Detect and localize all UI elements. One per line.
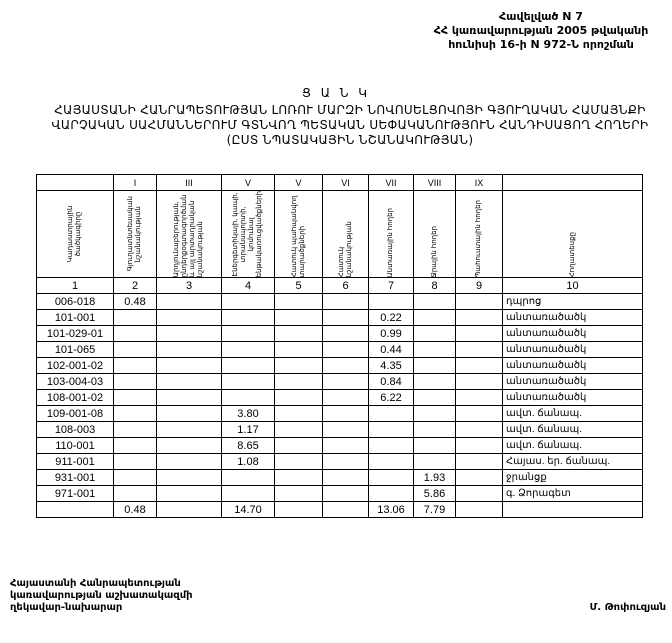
column-number: 7 xyxy=(369,278,414,294)
column-header: Հատուկ նշանակության xyxy=(323,191,369,278)
table-cell: ավտ. ճանապ. xyxy=(503,422,643,438)
table-cell xyxy=(157,310,222,326)
table-row: 102-001-024.35անտառածածկ xyxy=(37,358,643,374)
table-cell xyxy=(157,374,222,390)
table-cell xyxy=(369,438,414,454)
table-cell xyxy=(456,390,503,406)
column-header-label: Հատուկ պահպանվող տարածքների xyxy=(291,191,307,277)
column-number: 3 xyxy=(157,278,222,294)
column-header: Ջրային հողեր xyxy=(414,191,456,278)
total-cell: 13.06 xyxy=(369,502,414,518)
table-row: 103-004-030.84անտառածածկ xyxy=(37,374,643,390)
table-cell xyxy=(414,422,456,438)
column-header-label: Պահուստային հողեր xyxy=(475,200,483,277)
table-cell: 109-001-08 xyxy=(37,406,114,422)
table-cell xyxy=(456,422,503,438)
table-cell xyxy=(157,454,222,470)
land-register-table: IIIIVVVIVIIVIIIIXԿադաստրային ծածկագիրըԳյ… xyxy=(36,174,643,518)
table-cell xyxy=(275,310,323,326)
total-cell xyxy=(323,502,369,518)
table-cell: 108-001-02 xyxy=(37,390,114,406)
column-number: 1 xyxy=(37,278,114,294)
table-cell xyxy=(222,358,275,374)
table-cell xyxy=(114,470,157,486)
roman-cell xyxy=(503,175,643,191)
table-cell: 101-001 xyxy=(37,310,114,326)
table-cell: 1.93 xyxy=(414,470,456,486)
roman-cell: V xyxy=(275,175,323,191)
column-header: Էներգետիկայի, կապի, տրանսպորտի, կոմունալ… xyxy=(222,191,275,278)
table-cell: ավտ. ճանապ. xyxy=(503,406,643,422)
table-cell: 108-003 xyxy=(37,422,114,438)
column-header-label: Արդյունաբերության, ընդերքօգտագործման և ա… xyxy=(173,191,205,277)
table-cell xyxy=(275,342,323,358)
table-cell: 102-001-02 xyxy=(37,358,114,374)
table-cell xyxy=(222,486,275,502)
table-cell: Հայաս. եր. ճանապ. xyxy=(503,454,643,470)
table-cell: 6.22 xyxy=(369,390,414,406)
table-cell: անտառածածկ xyxy=(503,310,643,326)
table-cell xyxy=(414,342,456,358)
table-cell xyxy=(157,470,222,486)
annex-decree-date: հունիսի 16-ի N 972-Ն որոշման xyxy=(410,38,672,52)
column-header-label: Հատուկ նշանակության xyxy=(338,191,354,277)
column-number: 6 xyxy=(323,278,369,294)
column-header-row: Կադաստրային ծածկագիրըԳյուղատնտեսական նշա… xyxy=(37,191,643,278)
total-cell: 7.79 xyxy=(414,502,456,518)
roman-cell: VIII xyxy=(414,175,456,191)
table-cell: անտառածածկ xyxy=(503,374,643,390)
table-cell xyxy=(456,294,503,310)
column-number: 10 xyxy=(503,278,643,294)
table-cell: 101-065 xyxy=(37,342,114,358)
roman-cell: I xyxy=(114,175,157,191)
table-cell xyxy=(114,374,157,390)
table-cell xyxy=(456,406,503,422)
table-cell: 0.22 xyxy=(369,310,414,326)
table-cell xyxy=(369,294,414,310)
table-row: 110-0018.65ավտ. ճանապ. xyxy=(37,438,643,454)
table-cell xyxy=(414,374,456,390)
table-cell xyxy=(369,454,414,470)
roman-cell xyxy=(37,175,114,191)
table-cell xyxy=(323,454,369,470)
column-header-label: Գյուղատնտեսական նշանակության xyxy=(127,191,143,277)
table-cell xyxy=(456,438,503,454)
table-cell xyxy=(456,358,503,374)
table-cell xyxy=(222,470,275,486)
table-cell: 911-001 xyxy=(37,454,114,470)
table-cell xyxy=(323,326,369,342)
title-line-1: ՀԱՅԱՍՏԱՆԻ ՀԱՆՐԱՊԵՏՈՒԹՅԱՆ ԼՈՌՈՒ ՄԱՐԶԻ ՆՈՎ… xyxy=(50,103,650,118)
table-cell xyxy=(275,326,323,342)
table-cell xyxy=(323,390,369,406)
annex-number: Հավելված N 7 xyxy=(410,10,672,24)
table-cell xyxy=(157,406,222,422)
table-cell: 4.35 xyxy=(369,358,414,374)
signatory-title-line-3: ղեկավար-նախարար xyxy=(10,602,193,614)
annex-reference: Հավելված N 7 ՀՀ կառավարության 2005 թվակա… xyxy=(410,10,672,52)
table-cell xyxy=(114,406,157,422)
total-cell: 0.48 xyxy=(114,502,157,518)
annex-decree-line: ՀՀ կառավարության 2005 թվականի xyxy=(410,24,672,38)
column-header-label: Անտառային հողեր xyxy=(387,208,395,278)
title-line-2: ՎԱՐՉԱԿԱՆ ՍԱՀՄԱՆՆԵՐՈՒՄ ԳՏՆՎՈՂ ՊԵՏԱԿԱՆ ՍԵՓ… xyxy=(50,118,650,133)
roman-numeral-row: IIIIVVVIVIIVIIIIX xyxy=(37,175,643,191)
table-cell: 110-001 xyxy=(37,438,114,454)
table-row: 101-0010.22անտառածածկ xyxy=(37,310,643,326)
table-cell xyxy=(414,390,456,406)
column-number: 2 xyxy=(114,278,157,294)
table-cell xyxy=(275,438,323,454)
table-cell xyxy=(157,294,222,310)
total-cell xyxy=(503,502,643,518)
table-cell xyxy=(414,326,456,342)
table-cell xyxy=(275,454,323,470)
table-cell xyxy=(323,310,369,326)
table-cell xyxy=(114,454,157,470)
roman-cell: V xyxy=(222,175,275,191)
total-cell xyxy=(275,502,323,518)
table-cell xyxy=(414,358,456,374)
column-number-row: 12345678910 xyxy=(37,278,643,294)
column-header: Հողատեսքը xyxy=(503,191,643,278)
column-number: 8 xyxy=(414,278,456,294)
table-row: 101-0650.44անտառածածկ xyxy=(37,342,643,358)
table-cell xyxy=(275,470,323,486)
table-cell: 0.84 xyxy=(369,374,414,390)
table-cell: 0.48 xyxy=(114,294,157,310)
table-cell xyxy=(456,326,503,342)
table-cell: դպրոց xyxy=(503,294,643,310)
table-cell xyxy=(323,422,369,438)
table-cell xyxy=(157,438,222,454)
list-heading: Ց Ա Ն Կ xyxy=(0,86,672,100)
table-cell: 0.99 xyxy=(369,326,414,342)
table-row: 108-0031.17ավտ. ճանապ. xyxy=(37,422,643,438)
table-cell xyxy=(323,486,369,502)
table-cell: 5.86 xyxy=(414,486,456,502)
table-cell xyxy=(323,294,369,310)
table-cell: ջրանցք xyxy=(503,470,643,486)
roman-cell: VI xyxy=(323,175,369,191)
table-row: 971-0015.86գ. Ձորագետ xyxy=(37,486,643,502)
table-row: 101-029-010.99անտառածածկ xyxy=(37,326,643,342)
total-cell xyxy=(456,502,503,518)
title-line-3: (ԸՍՏ ՆՊԱՏԱԿԱՅԻՆ ՆՇԱՆԱԿՈՒԹՅԱՆ) xyxy=(50,133,650,148)
table-cell xyxy=(157,358,222,374)
table-row: 109-001-083.80ավտ. ճանապ. xyxy=(37,406,643,422)
table-cell xyxy=(369,422,414,438)
table-cell xyxy=(275,390,323,406)
column-header-label: Ջրային հողեր xyxy=(431,226,439,278)
column-header: Հատուկ պահպանվող տարածքների xyxy=(275,191,323,278)
table-cell xyxy=(275,374,323,390)
table-cell xyxy=(222,326,275,342)
table-cell xyxy=(323,342,369,358)
table-cell xyxy=(275,294,323,310)
table-cell xyxy=(114,358,157,374)
table-cell: 971-001 xyxy=(37,486,114,502)
table-cell: անտառածածկ xyxy=(503,390,643,406)
column-header-label: Հողատեսքը xyxy=(569,232,577,277)
table-cell xyxy=(323,374,369,390)
total-cell xyxy=(157,502,222,518)
column-number: 4 xyxy=(222,278,275,294)
roman-cell: III xyxy=(157,175,222,191)
table-cell xyxy=(114,342,157,358)
table-cell xyxy=(114,438,157,454)
table-cell xyxy=(323,438,369,454)
signatory-title-line-1: Հայաստանի Հանրապետության xyxy=(10,578,193,590)
column-header: Կադաստրային ծածկագիրը xyxy=(37,191,114,278)
signatory-title: Հայաստանի Հանրապետության կառավարության ա… xyxy=(10,578,193,614)
table-cell xyxy=(157,326,222,342)
column-header: Անտառային հողեր xyxy=(369,191,414,278)
table-cell: ավտ. ճանապ. xyxy=(503,438,643,454)
table-cell: 103-004-03 xyxy=(37,374,114,390)
column-number: 9 xyxy=(456,278,503,294)
table-cell xyxy=(275,358,323,374)
table-cell xyxy=(456,454,503,470)
table-cell: 8.65 xyxy=(222,438,275,454)
column-header-label: Կադաստրային ծածկագիրը xyxy=(67,191,83,277)
table-cell xyxy=(369,406,414,422)
table-cell xyxy=(222,310,275,326)
table-row: 911-0011.08Հայաս. եր. ճանապ. xyxy=(37,454,643,470)
table-cell xyxy=(456,470,503,486)
column-header: Արդյունաբերության, ընդերքօգտագործման և ա… xyxy=(157,191,222,278)
roman-cell: IX xyxy=(456,175,503,191)
table-cell: 1.17 xyxy=(222,422,275,438)
signatory-name: Մ. Թոփուզյան xyxy=(590,602,666,613)
table-cell: գ. Ձորագետ xyxy=(503,486,643,502)
table-cell xyxy=(114,422,157,438)
total-row: 0.4814.7013.067.79 xyxy=(37,502,643,518)
table-cell xyxy=(456,374,503,390)
total-cell xyxy=(37,502,114,518)
table-cell xyxy=(456,486,503,502)
table-cell: 101-029-01 xyxy=(37,326,114,342)
table-cell xyxy=(275,486,323,502)
table-cell xyxy=(414,406,456,422)
table-cell: 931-001 xyxy=(37,470,114,486)
table-cell: 3.80 xyxy=(222,406,275,422)
table-cell xyxy=(414,454,456,470)
table-cell xyxy=(369,470,414,486)
table-cell xyxy=(414,310,456,326)
table-cell xyxy=(323,406,369,422)
column-number: 5 xyxy=(275,278,323,294)
signatory-title-line-2: կառավարության աշխատակազմի xyxy=(10,590,193,602)
table-cell: 006-018 xyxy=(37,294,114,310)
table-cell xyxy=(275,406,323,422)
roman-cell: VII xyxy=(369,175,414,191)
table-cell xyxy=(275,422,323,438)
table-cell xyxy=(456,342,503,358)
table-cell xyxy=(114,486,157,502)
table-cell xyxy=(157,342,222,358)
table-cell xyxy=(222,294,275,310)
column-header: Գյուղատնտեսական նշանակության xyxy=(114,191,157,278)
table-cell xyxy=(114,390,157,406)
table-cell xyxy=(157,486,222,502)
table-cell: անտառածածկ xyxy=(503,358,643,374)
table-cell xyxy=(414,438,456,454)
table-cell xyxy=(369,486,414,502)
table-cell xyxy=(456,310,503,326)
table-cell xyxy=(323,470,369,486)
table-cell xyxy=(157,422,222,438)
column-header: Պահուստային հողեր xyxy=(456,191,503,278)
table-row: 931-0011.93ջրանցք xyxy=(37,470,643,486)
table-cell: 0.44 xyxy=(369,342,414,358)
table-cell xyxy=(114,310,157,326)
table-cell xyxy=(323,358,369,374)
table-cell xyxy=(222,342,275,358)
document-title: ՀԱՅԱՍՏԱՆԻ ՀԱՆՐԱՊԵՏՈՒԹՅԱՆ ԼՈՌՈՒ ՄԱՐԶԻ ՆՈՎ… xyxy=(50,103,650,148)
table-cell xyxy=(222,374,275,390)
table-cell: անտառածածկ xyxy=(503,342,643,358)
table-cell: 1.08 xyxy=(222,454,275,470)
table-row: 006-0180.48դպրոց xyxy=(37,294,643,310)
column-header-label: Էներգետիկայի, կապի, տրանսպորտի, կոմունալ… xyxy=(232,191,264,277)
table-row: 108-001-026.22անտառածածկ xyxy=(37,390,643,406)
table-cell xyxy=(114,326,157,342)
table-cell: անտառածածկ xyxy=(503,326,643,342)
table-cell xyxy=(222,390,275,406)
table-cell xyxy=(414,294,456,310)
table-cell xyxy=(157,390,222,406)
total-cell: 14.70 xyxy=(222,502,275,518)
